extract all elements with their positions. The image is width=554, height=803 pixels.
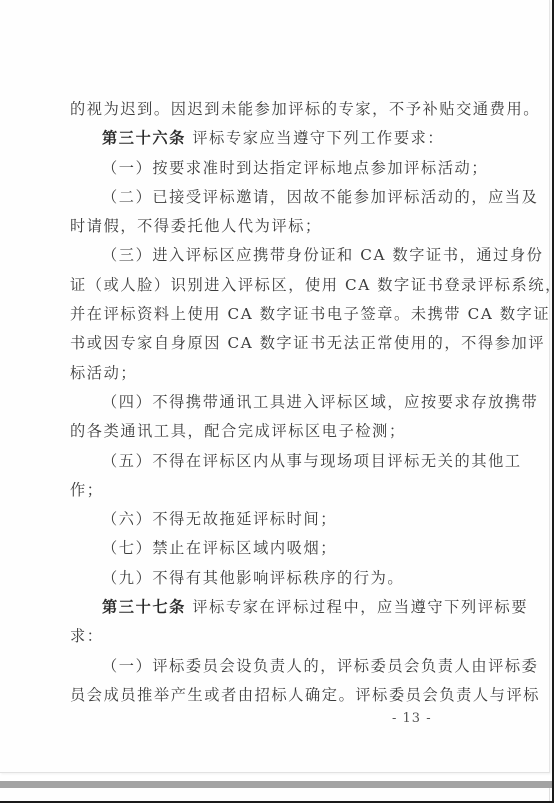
text-line: （一）按要求准时到达指定评标地点参加评标活动； — [70, 154, 482, 183]
line-text: 作； — [70, 481, 104, 499]
line-text: （四）不得携带通讯工具进入评标区域，应按要求存放携带 — [102, 393, 538, 411]
line-text: 求： — [70, 627, 104, 645]
line-text: 书或因专家自身原因 CA 数字证书无法正常使用的，不得参加评 — [70, 334, 545, 352]
page-content: 的视为迟到。因迟到未能参加评标的专家，不予补贴交通费用。 第三十六条 评标专家应… — [70, 95, 482, 710]
article-number: 第三十七条 — [102, 598, 186, 616]
line-text: 并在评标资料上使用 CA 数字证书电子签章。未携带 CA 数字证 — [70, 305, 550, 323]
page-separator — [0, 781, 552, 788]
text-line: （三）进入评标区应携带身份证和 CA 数字证书，通过身份 — [70, 241, 482, 270]
line-text: 员会成员推举产生或者由招标人确定。评标委员会负责人与评标 — [70, 686, 540, 704]
text-line: （四）不得携带通讯工具进入评标区域，应按要求存放携带 — [70, 388, 482, 417]
text-line: 求： — [70, 622, 482, 651]
line-text: 的各类通讯工具，配合完成评标区电子检测； — [70, 422, 406, 440]
line-text: （六）不得无故拖延评标时间； — [102, 510, 337, 528]
text-line: 书或因专家自身原因 CA 数字证书无法正常使用的，不得参加评 — [70, 329, 482, 358]
line-text: 的视为迟到。因迟到未能参加评标的专家，不予补贴交通费用。 — [70, 100, 540, 118]
text-line: 并在评标资料上使用 CA 数字证书电子签章。未携带 CA 数字证 — [70, 300, 482, 329]
text-line: （九）不得有其他影响评标秩序的行为。 — [70, 564, 482, 593]
article-number: 第三十六条 — [102, 129, 186, 147]
text-line: 标活动； — [70, 359, 482, 388]
text-line: （七）禁止在评标区域内吸烟； — [70, 534, 482, 563]
line-text: （二）已接受评标邀请，因故不能参加评标活动的，应当及 — [102, 188, 538, 206]
text-line: （六）不得无故拖延评标时间； — [70, 505, 482, 534]
line-text: （九）不得有其他影响评标秩序的行为。 — [102, 569, 404, 587]
text-line: 证（或人脸）识别进入评标区，使用 CA 数字证书登录评标系统， — [70, 271, 482, 300]
text-line: 时请假，不得委托他人代为评标； — [70, 212, 482, 241]
text-line: 的各类通讯工具，配合完成评标区电子检测； — [70, 417, 482, 446]
line-text: （一）评标委员会设负责人的，评标委员会负责人由评标委 — [102, 657, 538, 675]
line-text: （七）禁止在评标区域内吸烟； — [102, 539, 337, 557]
text-line: （五）不得在评标区内从事与现场项目评标无关的其他工 — [70, 447, 482, 476]
page-number: - 13 - — [392, 711, 432, 726]
document-viewer: 的视为迟到。因迟到未能参加评标的专家，不予补贴交通费用。 第三十六条 评标专家应… — [0, 0, 554, 803]
line-text: （一）按要求准时到达指定评标地点参加评标活动； — [102, 159, 488, 177]
article-heading: 第三十六条 评标专家应当遵守下列工作要求： — [70, 124, 482, 153]
text-line: 的视为迟到。因迟到未能参加评标的专家，不予补贴交通费用。 — [70, 95, 482, 124]
text-line: （一）评标委员会设负责人的，评标委员会负责人由评标委 — [70, 652, 482, 681]
article-heading: 第三十七条 评标专家在评标过程中，应当遵守下列评标要 — [70, 593, 482, 622]
line-text: 评标专家在评标过程中，应当遵守下列评标要 — [186, 598, 528, 616]
line-text: （三）进入评标区应携带身份证和 CA 数字证书，通过身份 — [102, 246, 544, 264]
line-text: 标活动； — [70, 364, 137, 382]
text-line: 员会成员推举产生或者由招标人确定。评标委员会负责人与评标 — [70, 681, 482, 710]
line-text: 证（或人脸）识别进入评标区，使用 CA 数字证书登录评标系统， — [70, 276, 554, 294]
line-text: （五）不得在评标区内从事与现场项目评标无关的其他工 — [102, 452, 522, 470]
next-page-top — [0, 788, 550, 801]
text-line: 作； — [70, 476, 482, 505]
document-page: 的视为迟到。因迟到未能参加评标的专家，不予补贴交通费用。 第三十六条 评标专家应… — [0, 0, 550, 773]
text-line: （二）已接受评标邀请，因故不能参加评标活动的，应当及 — [70, 183, 482, 212]
line-text: 评标专家应当遵守下列工作要求： — [186, 129, 444, 147]
line-text: 时请假，不得委托他人代为评标； — [70, 217, 322, 235]
